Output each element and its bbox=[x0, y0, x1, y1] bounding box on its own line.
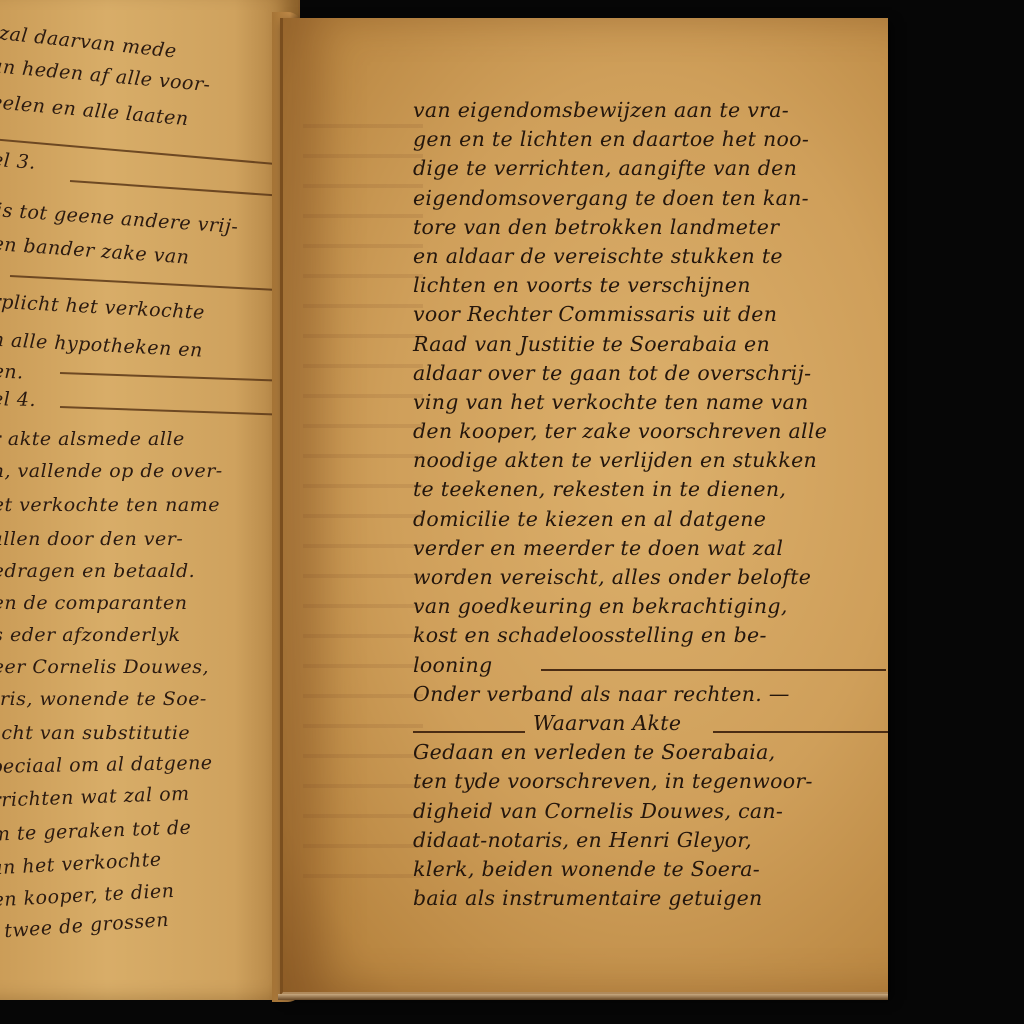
section-heading-article-4: kel 4. bbox=[0, 388, 36, 411]
handwritten-line: Gedaan en verleden te Soerabaia, bbox=[413, 738, 883, 767]
handwritten-line: gedragen en betaald. bbox=[0, 560, 195, 582]
handwritten-line: n zal daarvan mede bbox=[0, 20, 178, 63]
page-stack-edge bbox=[278, 994, 888, 1000]
handwritten-line: den kooper, ter zake voorschreven alle bbox=[413, 417, 883, 446]
handwritten-line: digheid van Cornelis Douwes, can- bbox=[413, 797, 883, 826]
right-page-text: van eigendomsbewijzen aan te vra- gen en… bbox=[413, 96, 883, 913]
handwritten-line: het verkochte ten name bbox=[0, 494, 220, 516]
handwritten-line: om te geraken tot de bbox=[0, 817, 192, 846]
handwritten-line: domicilie te kiezen en al datgene bbox=[413, 505, 883, 534]
right-page: van eigendomsbewijzen aan te vra- gen en… bbox=[280, 18, 888, 996]
handwritten-line: voor Rechter Commissaris uit den bbox=[413, 300, 883, 329]
handwritten-line: van goedkeuring en bekrachtiging, bbox=[413, 592, 883, 621]
handwritten-line: van eigendomsbewijzen aan te vra- bbox=[413, 96, 883, 125]
handwritten-line: errichten wat zal om bbox=[0, 783, 190, 812]
handwritten-line: lis eder afzonderlyk bbox=[0, 624, 181, 646]
handwritten-line: Raad van Justitie te Soerabaia en bbox=[413, 330, 883, 359]
handwritten-line-with-rule: looning bbox=[413, 651, 883, 680]
ruled-line bbox=[413, 731, 525, 733]
handwritten-line: gen en te lichten en daartoe het noo- bbox=[413, 125, 883, 154]
handwritten-line: den de comparanten bbox=[0, 592, 187, 614]
handwritten-line: didaat-notaris, en Henri Gleyor, bbox=[413, 826, 883, 855]
handwritten-line: ten tyde voorschreven, in tegenwoor- bbox=[413, 767, 883, 796]
heading-text: Waarvan Akte bbox=[533, 711, 681, 735]
ruled-line bbox=[541, 669, 886, 671]
ruled-line bbox=[70, 180, 280, 197]
handwritten-line: van heden af alle voor- bbox=[0, 54, 211, 96]
handwritten-line: den kooper, te dien bbox=[0, 880, 175, 912]
deed-heading: Waarvan Akte bbox=[413, 709, 883, 738]
handwritten-line: tore van den betrokken landmeter bbox=[413, 213, 883, 242]
ruled-line bbox=[713, 731, 888, 733]
photo-background: n zal daarvan mede van heden af alle voo… bbox=[0, 0, 1024, 1024]
handwritten-line: worden vereischt, alles onder belofte bbox=[413, 563, 883, 592]
handwritten-line: erplicht het verkochte bbox=[0, 290, 205, 324]
handwritten-line: en, vallende op de over- bbox=[0, 460, 223, 482]
handwritten-line: van het verkochte bbox=[0, 849, 162, 880]
handwritten-line: taris, wonende te Soe- bbox=[0, 688, 207, 710]
left-page: n zal daarvan mede van heden af alle voo… bbox=[0, 0, 300, 1000]
handwritten-line: en aldaar de vereischte stukken te bbox=[413, 242, 883, 271]
handwritten-line: te teekenen, rekesten in te dienen, bbox=[413, 475, 883, 504]
ink-bleed-offset bbox=[303, 98, 423, 898]
handwritten-line: ving van het verkochte ten name van bbox=[413, 388, 883, 417]
handwritten-line: looning bbox=[413, 653, 492, 677]
handwritten-line: r is tot geene andere vrij- bbox=[0, 198, 239, 238]
closing-clause: Onder verband als naar rechten. — bbox=[413, 680, 883, 709]
handwritten-line: kost en schadeloosstelling en be- bbox=[413, 621, 883, 650]
ruled-line bbox=[60, 372, 280, 382]
handwritten-line: aldaar over te gaan tot de overschrij- bbox=[413, 359, 883, 388]
ruled-line bbox=[0, 138, 279, 165]
section-heading-article-3: kel 3. bbox=[0, 148, 37, 174]
handwritten-line: lichten en voorts te verschijnen bbox=[413, 271, 883, 300]
handwritten-line: zullen door den ver- bbox=[0, 528, 183, 550]
handwritten-line: verder en meerder te doen wat zal bbox=[413, 534, 883, 563]
handwritten-line: ceelen en alle laaten bbox=[0, 90, 190, 130]
handwritten-line: ly twee de grossen bbox=[0, 909, 170, 944]
handwritten-line: eigendomsovergang te doen ten kan- bbox=[413, 184, 883, 213]
handwritten-line: noodige akten te verlijden en stukken bbox=[413, 446, 883, 475]
handwritten-line: er akte alsmede alle bbox=[0, 428, 185, 450]
handwritten-line: klerk, beiden wonende te Soera- bbox=[413, 855, 883, 884]
ruled-line bbox=[10, 275, 280, 291]
ruled-line bbox=[60, 406, 280, 416]
handwritten-line: den. bbox=[0, 360, 24, 384]
handwritten-line: speciaal om al datgene bbox=[0, 752, 213, 778]
handwritten-line: baia als instrumentaire getuigen bbox=[413, 884, 883, 913]
handwritten-line: heer Cornelis Douwes, bbox=[0, 656, 209, 678]
handwritten-line: dige te verrichten, aangifte van den bbox=[413, 154, 883, 183]
handwritten-line: recht van substitutie bbox=[0, 722, 190, 744]
handwritten-line: den bander zake van bbox=[0, 232, 190, 269]
handwritten-line: an alle hypotheken en bbox=[0, 328, 203, 362]
